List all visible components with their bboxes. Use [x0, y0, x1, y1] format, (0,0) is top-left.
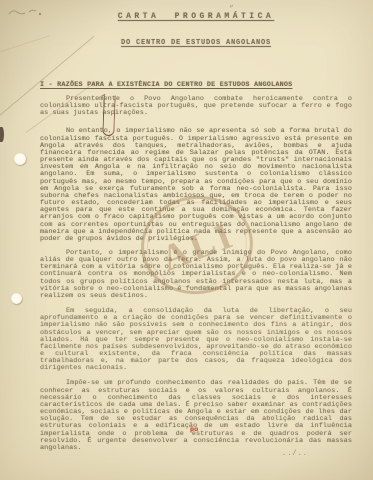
red-typed-correction: po — [190, 426, 198, 434]
edge-ink-smudge — [0, 127, 4, 142]
page-continuation-mark: ../.. — [282, 450, 308, 458]
paragraph: Presentemente o Povo Angolano combate he… — [40, 96, 352, 117]
paragraph: Em seguida, a consolidação da luta de li… — [40, 308, 352, 372]
typewritten-document: CARTA PROGRAMÁTICA DO CENTRO DE ESTUDOS … — [40, 8, 352, 452]
section-heading: I - RAZÕES PARA A EXISTÊNCIA DO CENTRO D… — [40, 81, 352, 89]
punch-hole — [11, 293, 22, 304]
document-title: CARTA PROGRAMÁTICA — [40, 12, 352, 22]
paragraph: Portanto, o imperialismo é o grande inim… — [40, 250, 352, 300]
paragraph: Impõe-se um profundo conhecimento das re… — [40, 380, 352, 452]
paragraph: No entanto, o imperialismo não se aprese… — [40, 128, 352, 243]
punch-hole — [14, 153, 26, 165]
document-subtitle: DO CENTRO DE ESTUDOS ANGOLANOS — [40, 39, 352, 48]
